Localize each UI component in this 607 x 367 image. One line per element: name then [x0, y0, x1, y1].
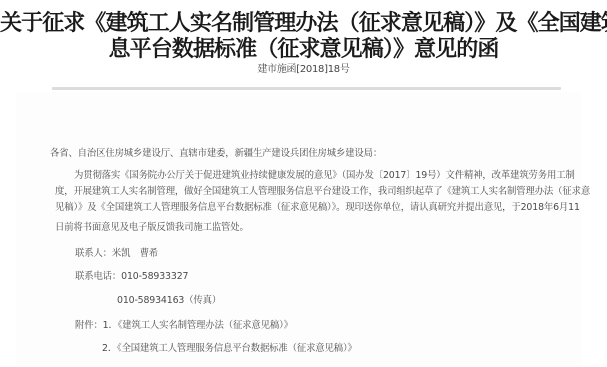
salutation: 各省、自治区住房城乡建设厅、直辖市建委，新疆生产建设兵团住房城乡建设局：: [50, 148, 382, 160]
body-paragraph-line: 度，开展建筑工人实名制管理，做好全国建筑工人管理服务信息平台建设工作，我司组织起…: [55, 186, 590, 198]
document-number: 建市施函[2018]18号: [0, 64, 607, 76]
contact-phone: 联系电话：010-58933327: [75, 271, 188, 283]
attachment-item-1: 附件：1．《建筑工人实名制管理办法（征求意见稿）》: [75, 320, 293, 332]
document-title-line1: 关于征求《建筑工人实名制管理办法（征求意见稿）》及《全国建筑工人管理服务信: [0, 11, 607, 37]
body-paragraph-line: 为贯彻落实《国务院办公厅关于促进建筑业持续健康发展的意见》（国办发〔2017〕1…: [74, 170, 575, 182]
body-paragraph-line: 见稿）》及《全国建筑工人管理服务信息平台数据标准（征求意见稿）》。现印送你单位，…: [55, 202, 580, 214]
attachment-item-2: 2．《全国建筑工人管理服务信息平台数据标准（征求意见稿）》: [102, 343, 357, 355]
contact-person: 联系人：米凯 曹希: [75, 248, 158, 260]
body-paragraph-line: 日前将书面意见及电子版反馈我司施工监管处。: [55, 222, 249, 234]
contact-fax: 010-58934163（传真）: [117, 295, 221, 307]
header-divider: [52, 87, 561, 90]
document-title-line2: 息平台数据标准（征求意见稿）》意见的函: [0, 37, 607, 63]
